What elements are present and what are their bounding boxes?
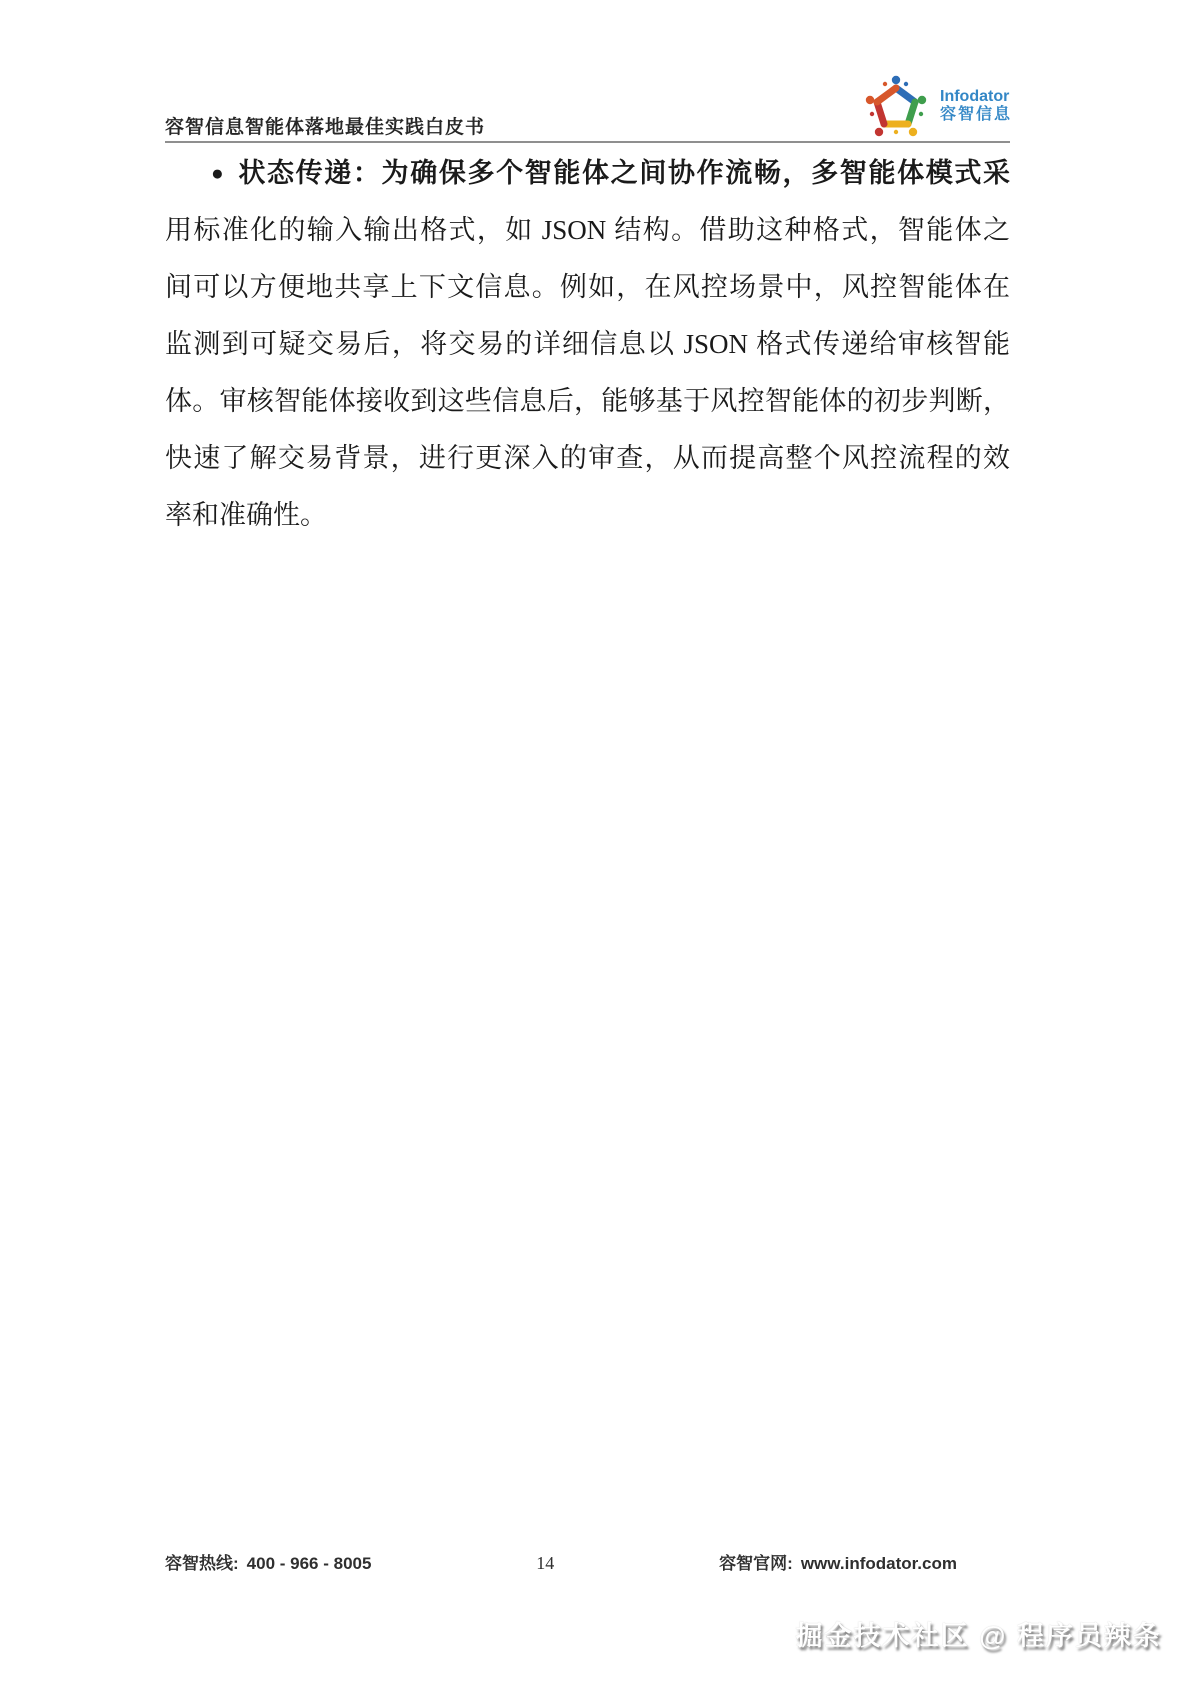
footer-website-url: www.infodator.com (801, 1554, 957, 1573)
logo-brand-cn: 容智信息 (940, 106, 1012, 124)
page-footer: 容智热线:400 - 966 - 8005 14 容智官网:www.infoda… (165, 1549, 957, 1574)
community-watermark: 掘金技术社区 @ 程序员辣条 (796, 1614, 1162, 1653)
header-divider-line (165, 141, 1010, 143)
footer-website: 容智官网:www.infodator.com (719, 1549, 957, 1574)
paragraph-lead-bold: 状态传递： (238, 158, 381, 188)
body-paragraph: ●状态传递：为确保多个智能体之间协作流畅，多智能体模式采 用标准化的输入输出格式… (165, 145, 1010, 544)
footer-hotline-label: 容智热线: (165, 1554, 239, 1573)
infodator-logo: Infodator 容智信息 (864, 74, 1012, 138)
footer-hotline-number: 400 - 966 - 8005 (247, 1554, 372, 1573)
paragraph-line: 体。审核智能体接收到这些信息后，能够基于风控智能体的初步判断， (165, 373, 1010, 430)
infodator-logo-text: Infodator 容智信息 (940, 88, 1012, 123)
infodator-pentagon-people-logo-icon (864, 74, 928, 138)
paragraph-line: 率和准确性。 (165, 487, 1010, 544)
page-number: 14 (536, 1553, 554, 1574)
page-header-title: 容智信息智能体落地最佳实践白皮书 (165, 112, 485, 139)
footer-website-label: 容智官网: (719, 1554, 793, 1573)
paragraph-line-text: 为确保多个智能体之间协作流畅，多智能体模式采 (382, 158, 1010, 188)
footer-hotline: 容智热线:400 - 966 - 8005 (165, 1549, 371, 1574)
paragraph-line: ●状态传递：为确保多个智能体之间协作流畅，多智能体模式采 (165, 145, 1010, 202)
bullet-icon: ● (211, 161, 225, 185)
document-page: 容智信息智能体落地最佳实践白皮书 (0, 0, 1190, 1682)
paragraph-line: 用标准化的输入输出格式，如 JSON 结构。借助这种格式，智能体之 (165, 202, 1010, 259)
paragraph-line: 间可以方便地共享上下文信息。例如，在风控场景中，风控智能体在 (165, 259, 1010, 316)
paragraph-line: 监测到可疑交易后，将交易的详细信息以 JSON 格式传递给审核智能 (165, 316, 1010, 373)
logo-brand-en: Infodator (940, 88, 1012, 106)
paragraph-line: 快速了解交易背景，进行更深入的审查，从而提高整个风控流程的效 (165, 430, 1010, 487)
